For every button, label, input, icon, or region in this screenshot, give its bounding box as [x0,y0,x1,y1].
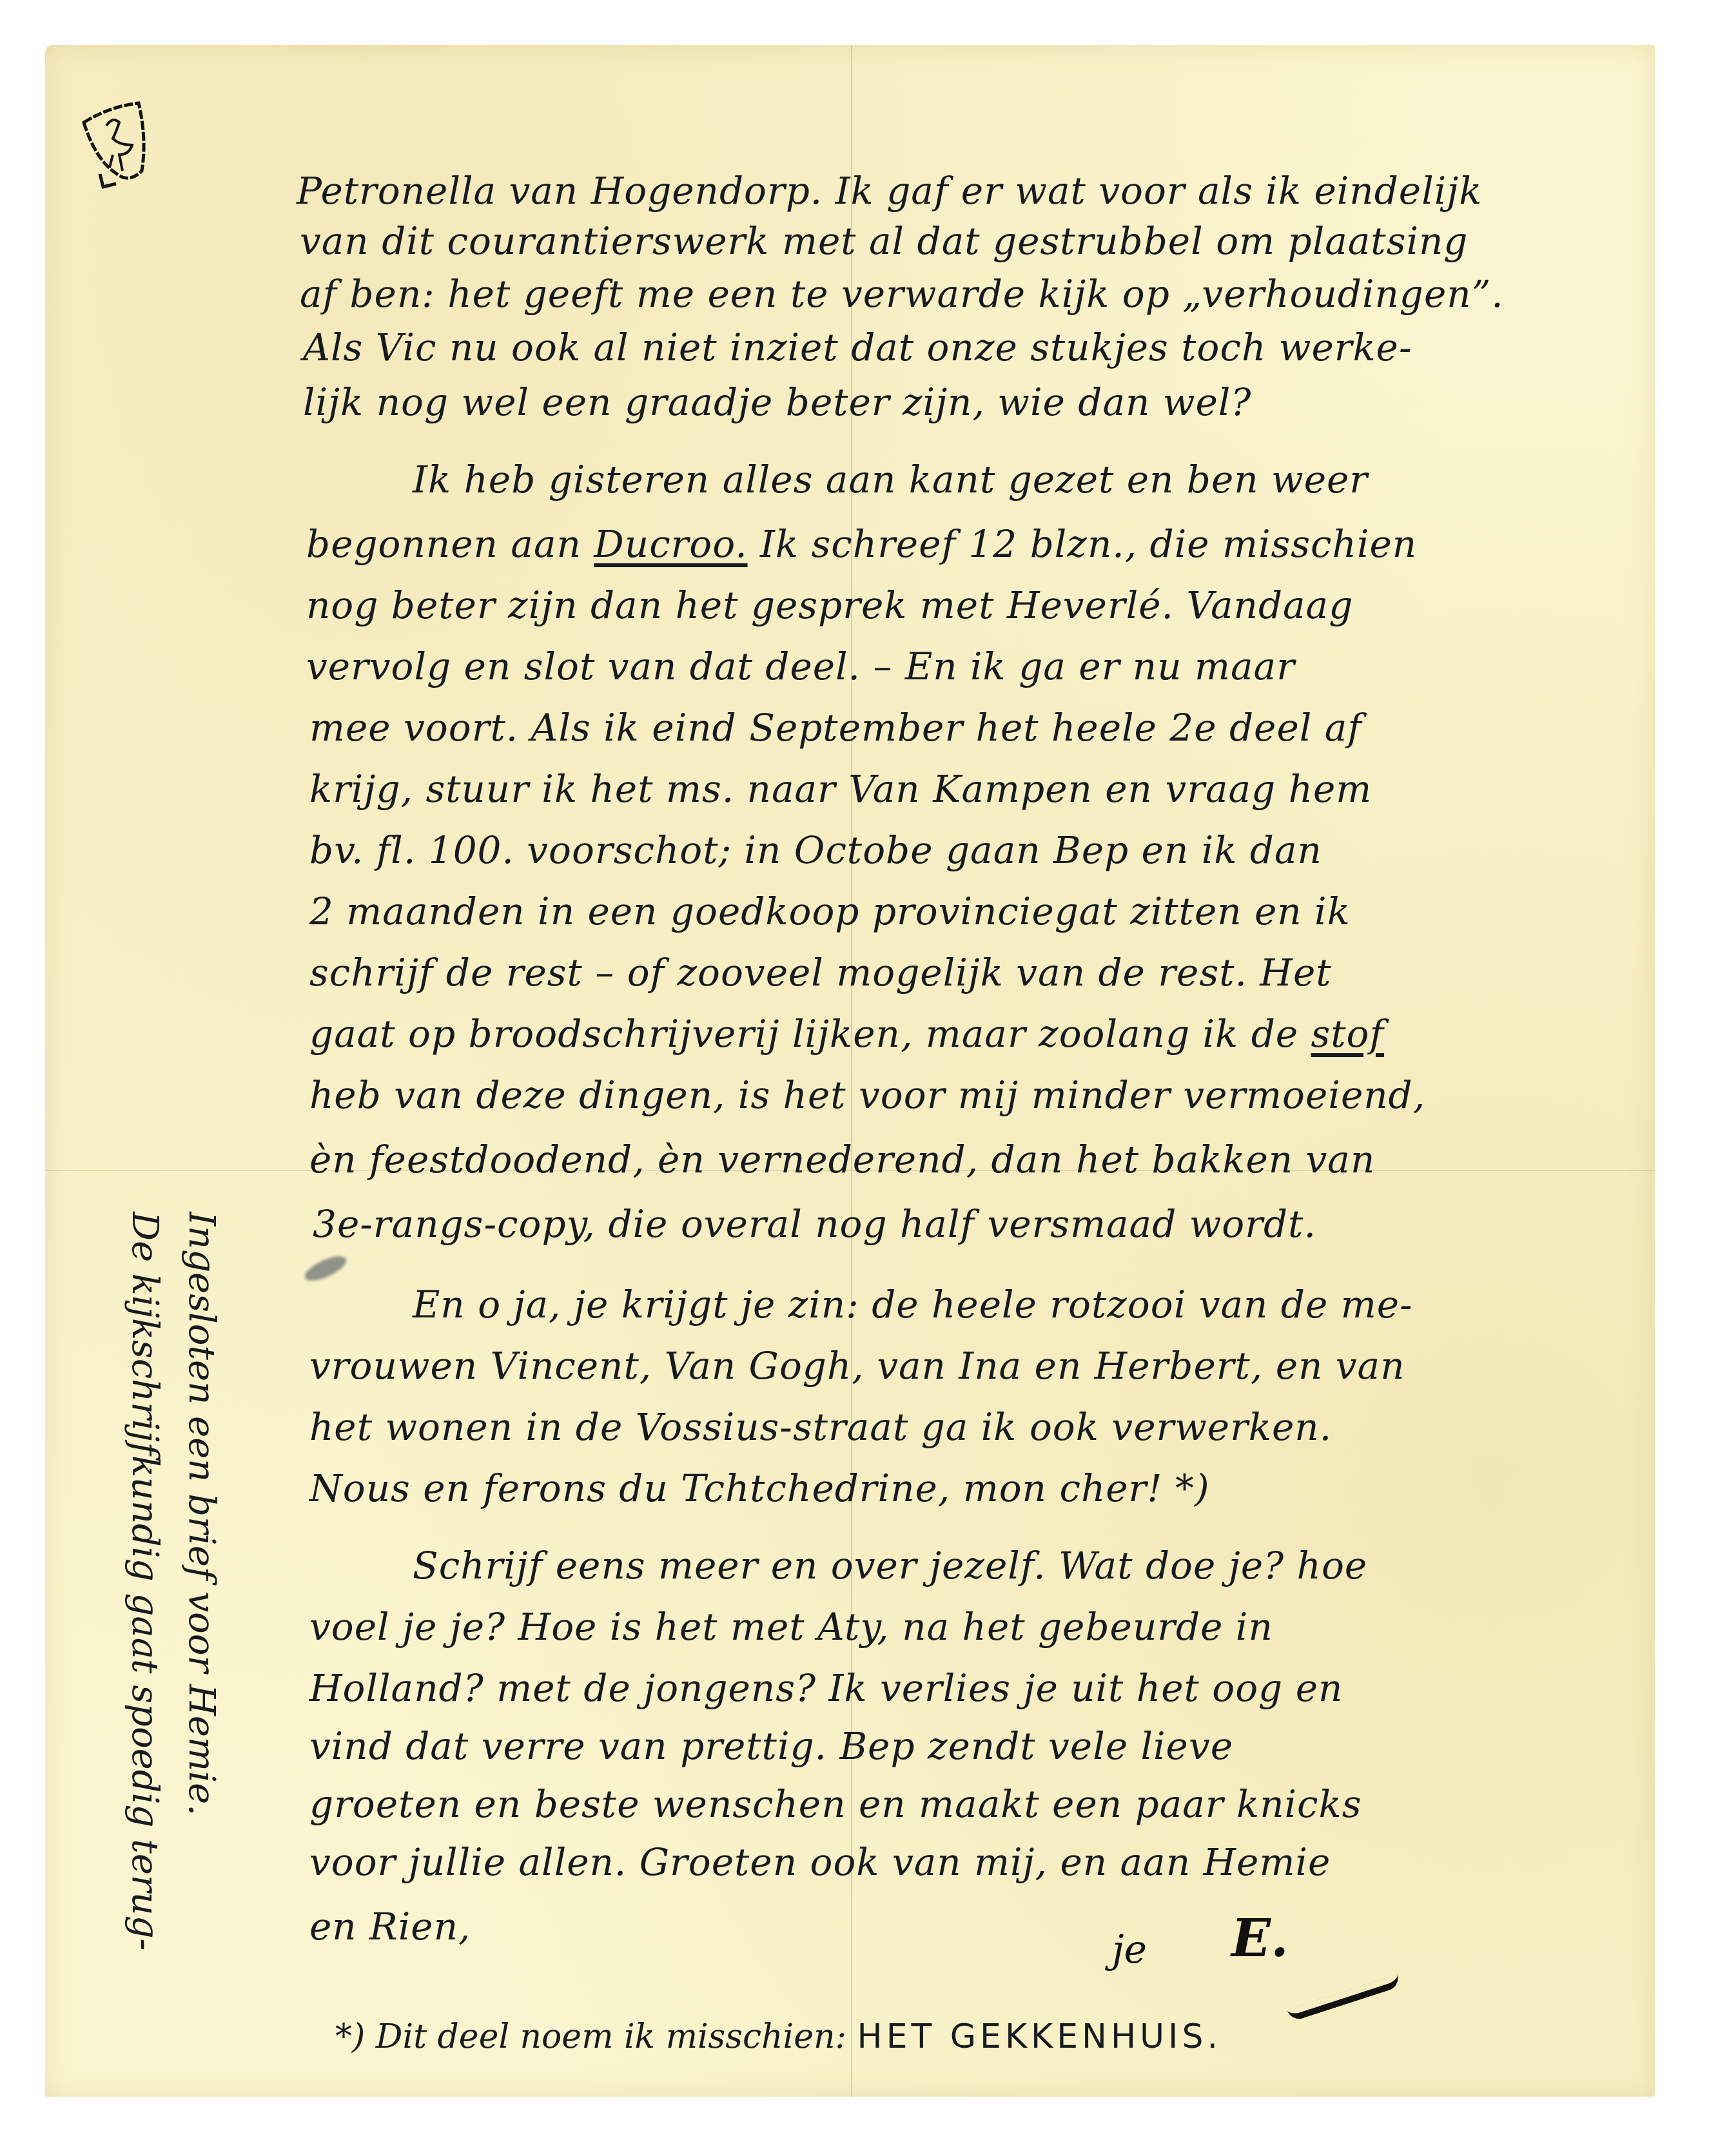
letter-line: En o ja, je krijgt je zin: de heele rotz… [413,1283,1413,1326]
margin-note-vertical: Ingesloten een brief voor Hemie. De kijk… [116,1212,229,1950]
letter-line: lijk nog wel een graadje beter zijn, wie… [303,380,1251,424]
margin-note-line: Ingesloten een brief voor Hemie. [173,1212,229,1950]
letter-line: Als Vic nu ook al niet inziet dat onze s… [303,325,1412,369]
letter-line: vind dat verre van prettig. Bep zendt ve… [309,1724,1233,1768]
letter-line: Holland? met de jongens? Ik verlies je u… [309,1666,1343,1710]
letter-line: gaat op broodschrijverij lijken, maar zo… [309,1012,1384,1056]
letter-line: mee voort. Als ik eind September het hee… [309,706,1362,750]
letter-line: 3e-rangs-copy, die overal nog half versm… [313,1202,1316,1246]
letter-line: èn feestdoodend, èn vernederend, dan het… [309,1138,1375,1181]
letter-line: schrijf de rest – of zooveel mogelijk va… [309,951,1332,995]
letter-line: af ben: het geeft me een te verwarde kij… [300,272,1504,316]
footnote-text: Dit deel noem ik misschien: [376,2017,846,2056]
letter-line: vrouwen Vincent, Van Gogh, van Ina en He… [309,1344,1405,1388]
letter-line: en Rien, [309,1905,471,1948]
margin-note-line: De kijkschrijfkundig gaat spoedig terug- [116,1212,173,1950]
underlined-word-stof: stof [1311,1012,1384,1056]
letter-line: vervolg en slot van dat deel. – En ik ga… [306,645,1295,688]
letter-line: Petronella van Hogendorp. Ik gaf er wat … [297,169,1482,213]
letter-line: nog beter zijn dan het gesprek met Hever… [306,583,1353,627]
underlined-title-ducroo: Ducroo. [594,522,747,566]
footnote-title: HET GEKKENHUIS. [857,2017,1222,2056]
letter-line: Nous en ferons du Tchtchedrine, mon cher… [309,1466,1210,1510]
footnote-marker: *) [335,2017,365,2056]
letter-line: begonnen aan Ducroo. Ik schreef 12 blzn.… [306,522,1417,566]
letter-line: bv. fl. 100. voorschot; in Octobe gaan B… [309,828,1322,872]
letter-text: Ik schreef 12 blzn., die misschien [748,522,1418,566]
shield-crest-icon [77,100,155,190]
letter-line: krijg, stuur ik het ms. naar Van Kampen … [309,767,1372,811]
letter-line: groeten en beste wenschen en maakt een p… [309,1782,1362,1826]
letter-line: voel je je? Hoe is het met Aty, na het g… [309,1605,1273,1649]
signature: E. [1231,1908,1289,1968]
letter-text: begonnen aan [306,522,594,566]
letter-text: gaat op broodschrijverij lijken, maar zo… [309,1012,1311,1056]
letter-line: 2 maanden in een goedkoop provinciegat z… [309,889,1351,933]
letter-line: van dit courantierswerk met al dat gestr… [300,219,1468,263]
letter-line: Schrijf eens meer en over jezelf. Wat do… [413,1544,1367,1588]
letter-line: het wonen in de Vossius-straat ga ik ook… [309,1405,1332,1449]
letter-line: voor jullie allen. Groeten ook van mij, … [309,1840,1331,1884]
footnote: *) Dit deel noem ik misschien: HET GEKKE… [335,2017,1222,2056]
closing-je: je [1112,1927,1147,1972]
letter-line: heb van deze dingen, is het voor mij min… [309,1073,1425,1117]
letter-line: Ik heb gisteren alles aan kant gezet en … [413,458,1368,501]
